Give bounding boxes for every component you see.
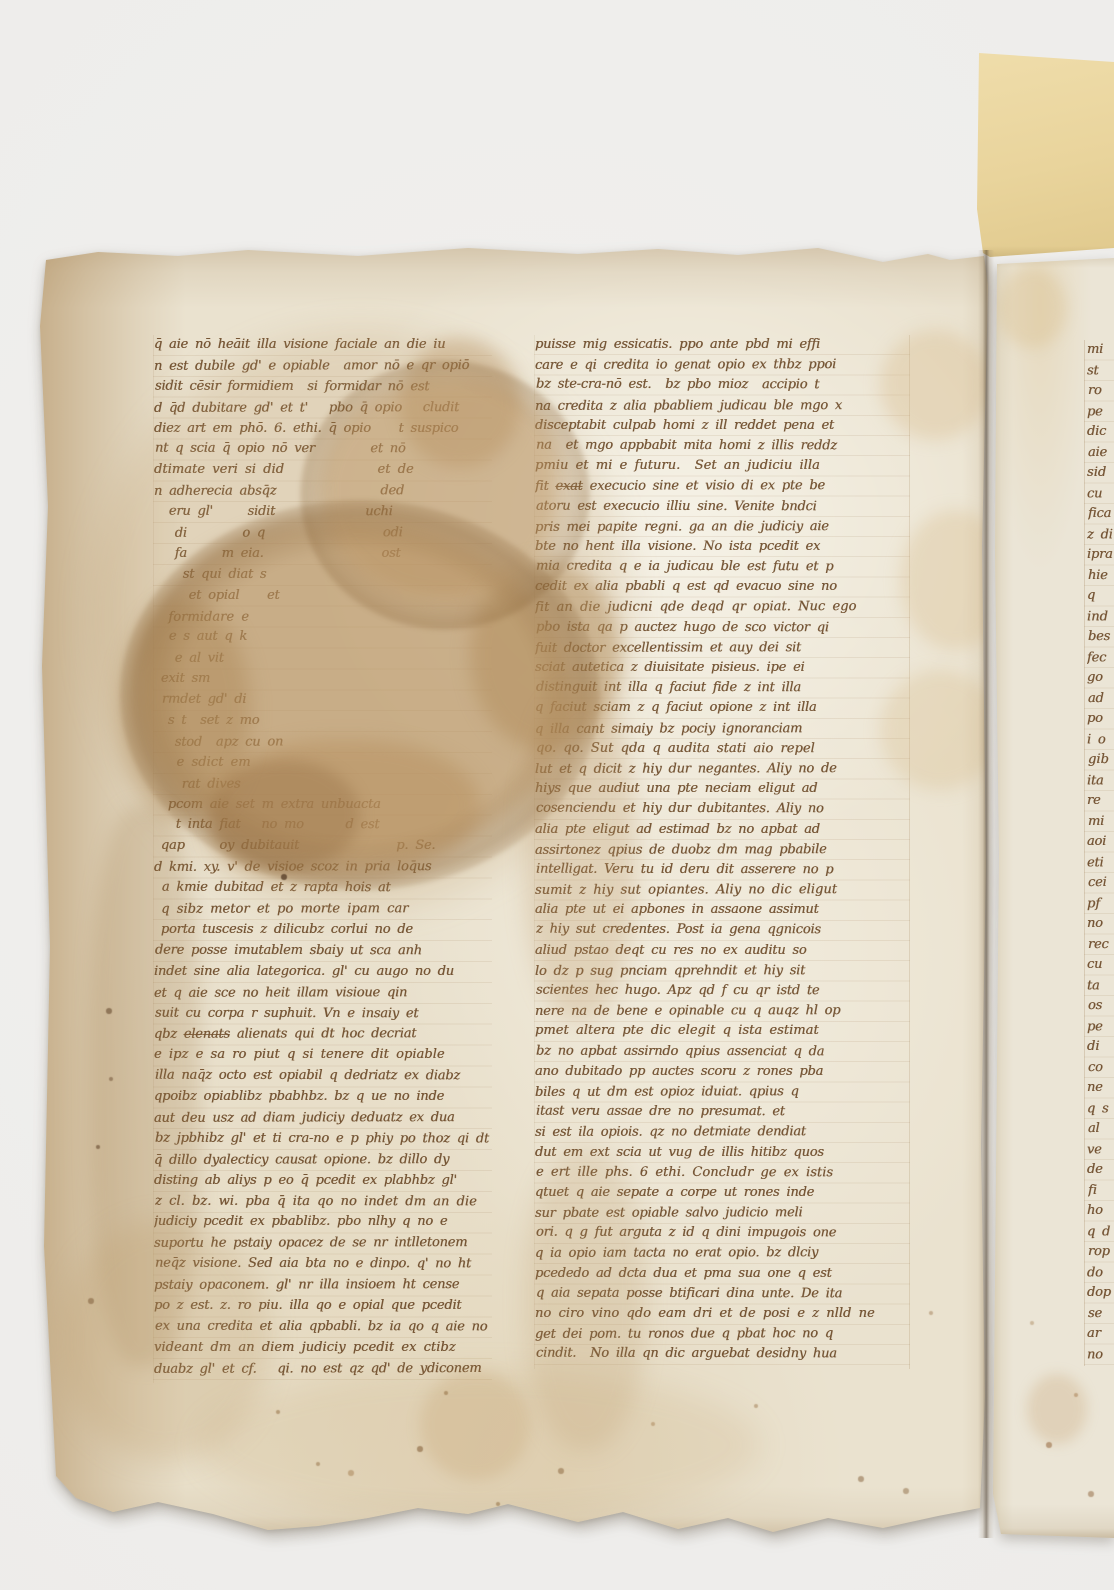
text-line: z di <box>1087 525 1114 546</box>
text-line: bte no hent illa visione. No ista pcedit… <box>535 537 909 557</box>
text-line: hiys que audiut una pte neciam eligut ad <box>535 779 909 799</box>
text-line: biles q ut dm est opioz iduiat. qpius q <box>535 1082 909 1103</box>
text-line: q faciut sciam z q faciut opione z int i… <box>535 698 909 718</box>
text-line: di o q odi <box>154 523 492 545</box>
text-line: stod apz cu on <box>154 732 492 754</box>
text-line: fit e̶x̶a̶t̶ execucio sine et visio di e… <box>535 476 909 497</box>
text-line: cu <box>1087 484 1114 505</box>
text-line: d kmi. xy. v' de visioe scoz in pria loq… <box>154 857 492 879</box>
text-line: cosenciendu et hiy dur dubitantes. Aliy … <box>536 799 910 820</box>
text-line: fa m eia. ost <box>154 544 492 565</box>
text-line: neq̄z visione. Sed aia bta no e dinpo. q… <box>155 1254 492 1276</box>
text-line: fuit doctor excellentissim et auy dei si… <box>535 638 909 659</box>
text-line: se <box>1088 1303 1114 1324</box>
text-line: q d <box>1087 1222 1114 1243</box>
text-line: suit cu corpa r suphuit. Vn e insaiy et <box>155 1003 492 1025</box>
text-line: a kmie dubitad et z rapta hois at <box>155 878 492 900</box>
text-line: care e qi credita io genat opio ex thbz … <box>535 355 909 376</box>
text-line: ano dubitado pp auctes scoru z rones pba <box>535 1062 909 1082</box>
text-line: eti <box>1087 853 1114 874</box>
text-line: no <box>1087 914 1114 935</box>
text-line: alia pte ut ei apbones in assaone assimu… <box>535 900 909 920</box>
text-line: cei <box>1088 873 1114 894</box>
text-line: gib <box>1088 750 1114 771</box>
text-line: scientes hec hugo. Apz qd f cu qr istd t… <box>536 981 910 1002</box>
text-line: lut et q dicit z hiy dur negantes. Aliy … <box>535 759 909 780</box>
text-line: bz ste-cra-nō est. bz pbo mioz accipio t <box>536 375 910 396</box>
text-line: al <box>1088 1119 1114 1140</box>
text-line: ex una credita et alia qpbabli. bz ia qo… <box>155 1317 492 1339</box>
text-line: co <box>1088 1057 1114 1078</box>
text-line: e sdict em <box>155 752 492 774</box>
text-line: dic <box>1087 422 1114 443</box>
text-line: si est ila opiois. qz no detmiate dendia… <box>535 1122 909 1143</box>
text-line: i o <box>1087 730 1114 751</box>
text-line: mi <box>1088 811 1114 832</box>
text-line: bz no apbat assirndo qpius assenciat q d… <box>536 1041 910 1062</box>
text-line: sid <box>1087 463 1114 484</box>
text-line: pris mei papite regni. ga an die judiciy… <box>535 517 909 538</box>
text-column-left: q̄ aie nō heāit illa visione faciale an … <box>153 335 492 1383</box>
text-line: n adherecia absq̄z ded <box>154 481 492 503</box>
text-line: porta tuscesis z dilicubz corlui no de <box>154 920 492 941</box>
text-line: rop <box>1088 1242 1114 1263</box>
text-line: duabz gl' et cf. qi. no est qz qd' de yd… <box>154 1359 492 1381</box>
text-line: ar <box>1087 1324 1114 1345</box>
text-line: qpoibz opiablibz pbabhbz. bz q ue no ind… <box>154 1087 492 1108</box>
text-line: qo. qo. Sut qda q audita stati aio repel <box>536 738 910 759</box>
text-line: distinguit int illa q faciut fide z int … <box>536 678 910 699</box>
text-line: fi <box>1088 1180 1114 1201</box>
text-line: judiciy pcedit ex pbablibz. pbo nlhy q n… <box>154 1212 492 1233</box>
text-line: ta <box>1087 976 1114 997</box>
text-line: ipra <box>1087 545 1114 566</box>
text-line: et opial et <box>154 586 492 607</box>
text-line: exit sm <box>154 669 492 690</box>
text-line: fec <box>1087 648 1114 669</box>
text-line: st qui diat s <box>155 564 492 586</box>
foxing-spots <box>38 246 40 248</box>
text-line: rat dives <box>154 774 492 796</box>
right-page-foxing-spots <box>991 254 993 256</box>
text-line: no <box>1087 1345 1114 1366</box>
text-line: os <box>1088 996 1114 1017</box>
text-line: atoru est execucio illiu sine. Venite bn… <box>536 496 910 517</box>
text-line: ad <box>1088 688 1114 709</box>
text-line: bz jpbhibz gl' et ti cra-no e p phiy po … <box>155 1128 492 1150</box>
text-line: e s aut q k <box>155 627 492 649</box>
text-line: t inta fiat no mo d est <box>155 815 492 837</box>
text-line: diez art em phō. 6. ethi. q̄ opio t susp… <box>154 419 492 440</box>
text-line: assirtonez qpius de duobz dm mag pbabile <box>535 840 909 861</box>
text-line: de <box>1087 1160 1114 1181</box>
text-line: e ert ille phs. 6 ethi. Concludr ge ex i… <box>536 1162 910 1183</box>
text-line: aie <box>1088 442 1114 463</box>
text-line: mia credita q e ia judicau ble est futu … <box>536 557 910 578</box>
text-line: fit an die judicni qde deqd qr opiat. Nu… <box>535 597 909 618</box>
text-line: rec <box>1088 934 1114 955</box>
text-line: get dei pom. tu ronos due q pbat hoc no … <box>535 1324 909 1345</box>
text-line: dtimate veri si did et de <box>154 460 492 481</box>
text-line: formidare e <box>154 607 492 629</box>
text-column-fragment: mistropedicaiesidcuficaz diiprahieqindbe… <box>1084 340 1114 1366</box>
manuscript-left-page: q̄ aie nō heāit illa visione faciale an … <box>38 246 988 1536</box>
text-line: aut deu usz ad diam judiciy deduatz ex d… <box>154 1108 492 1130</box>
text-line: disting ab aliys p eo q̄ pcedit ex plabh… <box>154 1171 492 1192</box>
text-line: n est dubile gd' e opiable amor nō e qr … <box>154 356 492 378</box>
text-line: q illa cant simaiy bz pociy ignoranciam <box>535 719 909 740</box>
text-line: q̄ dillo dyalecticy causat opione. bz di… <box>154 1150 492 1172</box>
text-line: e ipz e sa ro piut q si tenere dit opiab… <box>154 1045 492 1066</box>
text-line: no ciro vino qdo eam dri et de posi e z … <box>535 1304 909 1324</box>
text-line: z hiy sut credentes. Post ia gena qgnico… <box>536 920 910 941</box>
text-line: intelligat. Veru tu id deru dit asserere… <box>536 859 910 880</box>
text-line: videant dm an diem judiciy pcedit ex cti… <box>154 1338 492 1359</box>
text-line: eru gl' sidit uchi <box>155 502 492 524</box>
text-line: ro <box>1088 381 1114 402</box>
text-line: suportu he pstaiy opacez de se nr intlle… <box>154 1233 492 1255</box>
text-line: cindit. No illa qn dic arguebat desidny … <box>536 1344 910 1365</box>
foxing-cluster <box>420 1370 530 1480</box>
text-line: q sibz metor et po morte ipam car <box>154 899 492 921</box>
text-line: rmdet gd' di <box>155 690 492 712</box>
text-line: z cl. bz. wi. pba q̄ ita qo no indet dm … <box>155 1191 492 1213</box>
text-line: ita <box>1087 771 1114 792</box>
text-line: sciat autetica z diuisitate pisieus. ipe… <box>535 658 909 678</box>
text-line: di <box>1087 1037 1114 1058</box>
text-line: po <box>1087 709 1114 730</box>
text-line: q <box>1087 586 1114 607</box>
text-line: aliud pstao deqt cu res no ex auditu so <box>535 941 909 961</box>
text-line: et q aie sce no heit illam visioue qin <box>154 983 492 1005</box>
text-line: q̄ aie nō heāit illa visione faciale an … <box>154 335 492 356</box>
text-line: illa naq̄z octo est opiabil q dedriatz e… <box>155 1066 492 1088</box>
text-line: mi <box>1087 340 1114 361</box>
right-page-lower-stain <box>1027 1374 1087 1444</box>
text-line: alia pte eligut ad estimad bz no apbat a… <box>535 820 909 840</box>
text-line: pe <box>1087 1017 1114 1038</box>
text-line: pmet altera pte dic elegit q ista estima… <box>535 1021 909 1041</box>
text-line: dere posse imutablem sbaiy ut sca anh <box>155 940 492 962</box>
text-line: pe <box>1087 402 1114 423</box>
text-line: na et mgo appbabit mita homi z illis red… <box>536 436 910 457</box>
text-line: nt q scia q̄ opio nō ver et nō <box>155 439 492 461</box>
text-line: fica <box>1088 504 1114 525</box>
backing-sheet <box>977 47 1114 262</box>
text-line: disceptabit culpab homi z ill reddet pen… <box>535 416 909 436</box>
text-line: bes <box>1088 627 1114 648</box>
text-line: pf <box>1087 894 1114 915</box>
text-line: cu <box>1087 955 1114 976</box>
text-line: dut em ext scia ut vug de illis hitibz q… <box>535 1143 909 1163</box>
text-line: qap oy dubitauit p. Se. <box>154 836 492 857</box>
text-line: ne <box>1087 1078 1114 1099</box>
text-line: ind <box>1087 607 1114 628</box>
text-line: pstaiy opaconem. gl' nr illa insioem ht … <box>154 1275 492 1297</box>
text-line: cedit ex alia pbabli q est qd evacuo sin… <box>535 577 909 597</box>
text-line: pcom aie set m extra unbuacta <box>154 795 492 816</box>
text-line: ve <box>1087 1140 1114 1161</box>
text-line: aoi <box>1087 832 1114 853</box>
text-line: q aia sepata posse btificari dina unte. … <box>536 1283 910 1304</box>
text-line: pcededo ad dcta dua et pma sua one q est <box>535 1264 909 1284</box>
text-line: go <box>1087 668 1114 689</box>
text-line: nere na de bene e opinable cu q auqz hl … <box>535 1001 909 1022</box>
text-line: e al vit <box>154 648 492 670</box>
text-line: q ia opio iam tacta no erat opio. bz dlc… <box>535 1243 909 1264</box>
text-line: q s <box>1087 1099 1114 1120</box>
text-line: ori. q g fut arguta z id q dini impugois… <box>536 1223 910 1244</box>
text-line: sumit z hiy sut opiantes. Aliy no dic el… <box>535 880 909 901</box>
text-line: pbo ista qa p auctez hugo de sco victor … <box>536 617 910 638</box>
right-page-top-stain <box>997 268 1067 348</box>
text-line: st <box>1087 361 1114 382</box>
text-line: qtuet q aie sepate a corpe ut rones inde <box>535 1183 909 1203</box>
manuscript-right-page: mistropedicaiesidcuficaz diiprahieqindbe… <box>991 254 1114 1538</box>
text-line: po z est. z. ro piu. illa qo e opial que… <box>154 1296 492 1317</box>
text-line: puisse mig essicatis. ppo ante pbd mi ef… <box>535 335 909 355</box>
text-line: pmiu et mi e futuru. Set an judiciu illa <box>535 456 909 476</box>
text-line: re <box>1087 791 1114 812</box>
text-line: lo dz p sug pnciam qprehndit et hiy sit <box>535 961 909 982</box>
text-line: s t set z mo <box>154 711 492 732</box>
text-line: sur pbate est opiable salvo judicio meli <box>535 1203 909 1224</box>
text-line: na credita z alia pbabliem judicau ble m… <box>535 396 909 417</box>
text-line: d q̄d dubitare gd' et t' pbo q̄ opio clu… <box>154 398 492 420</box>
text-line: itast veru assae dre no presumat. et <box>536 1102 910 1123</box>
text-column-right: puisse mig essicatis. ppo ante pbd mi ef… <box>534 335 910 1369</box>
text-line: sidit cēsir formidiem si formidar nō est <box>155 376 492 398</box>
right-margin-stain-2 <box>900 510 1010 650</box>
text-line: do <box>1087 1263 1114 1284</box>
text-line: hie <box>1088 565 1114 586</box>
text-line: ho <box>1087 1201 1114 1222</box>
text-line: indet sine alia lategorica. gl' cu augo … <box>154 962 492 983</box>
text-line: dop <box>1087 1283 1114 1304</box>
text-line: qbz e̶l̶e̶n̶a̶t̶s̶ alienats qui dt hoc d… <box>154 1024 492 1046</box>
bottom-center-stain <box>200 1370 760 1520</box>
